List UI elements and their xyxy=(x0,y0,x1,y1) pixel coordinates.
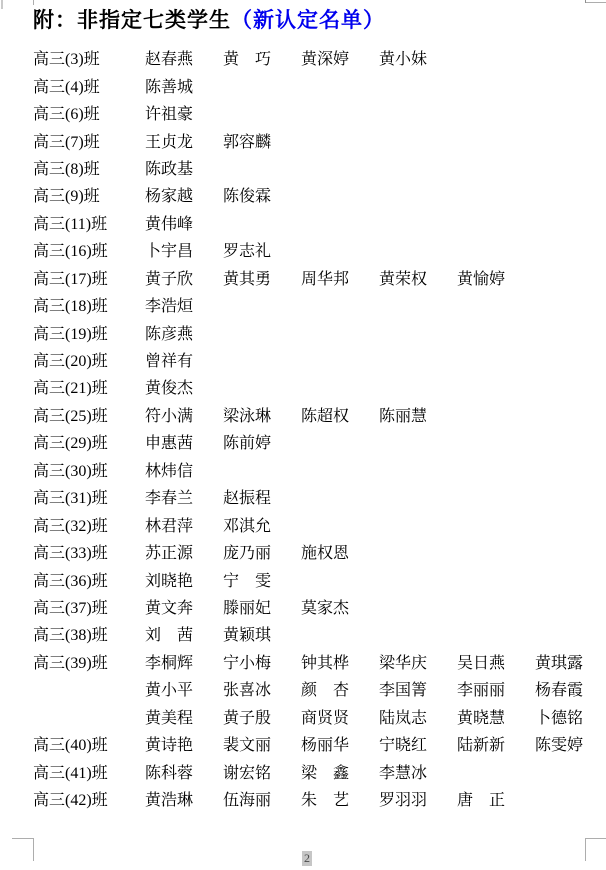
student-name: 刘 茜 xyxy=(145,622,223,645)
roster-row: 高三(37)班黄文奔滕丽妃莫家杰 xyxy=(33,593,606,620)
class-label: 高三(21)班 xyxy=(33,375,145,398)
roster-row: 黄小平张喜冰颜 杏李国箐李丽丽杨春霞 xyxy=(33,675,606,702)
student-name: 林炜信 xyxy=(145,458,223,481)
roster-row: 高三(33)班苏正源庞乃丽施权恩 xyxy=(33,538,606,565)
title-highlight: （新认定名单） xyxy=(231,8,385,32)
class-label: 高三(18)班 xyxy=(33,293,145,316)
student-name: 苏正源 xyxy=(145,540,223,563)
text-boundary-tick-top-right xyxy=(585,0,586,3)
student-name: 朱 艺 xyxy=(301,787,379,810)
student-name: 裴文丽 xyxy=(223,732,301,755)
student-name: 杨家越 xyxy=(145,183,223,206)
roster-row: 高三(39)班李桐辉宁小梅钟其桦梁华庆吴日燕黄琪露 xyxy=(33,648,606,675)
student-name: 申惠茜 xyxy=(145,430,223,453)
roster-row: 高三(9)班杨家越陈俊霖 xyxy=(33,181,606,208)
student-name: 黄小平 xyxy=(145,677,223,700)
student-name: 施权恩 xyxy=(301,540,379,563)
student-name: 李国箐 xyxy=(379,677,457,700)
student-name: 黄小妹 xyxy=(379,46,457,69)
text-boundary-mark-bottom-right xyxy=(585,838,606,861)
page-number-field: 2 xyxy=(302,851,312,866)
student-name: 罗羽羽 xyxy=(379,787,457,810)
student-name: 罗志礼 xyxy=(223,238,301,261)
student-name: 伍海丽 xyxy=(223,787,301,810)
student-name: 李丽丽 xyxy=(457,677,535,700)
text-boundary-mark-top-left xyxy=(33,0,34,5)
roster-row: 高三(30)班林炜信 xyxy=(33,456,606,483)
student-name: 杨春霞 xyxy=(535,677,606,700)
class-label: 高三(20)班 xyxy=(33,348,145,371)
student-name: 黄琪露 xyxy=(535,650,606,673)
page-title: 附：非指定七类学生（新认定名单） xyxy=(33,4,385,34)
class-label: 高三(38)班 xyxy=(33,622,145,645)
student-name: 商贤贤 xyxy=(301,705,379,728)
roster-row: 黄美程黄子殷商贤贤陆岚志黄晓慧卜德铭 xyxy=(33,703,606,730)
roster-row: 高三(21)班黄俊杰 xyxy=(33,373,606,400)
page-title-prefix: 附：非指定七类学生 xyxy=(33,8,231,32)
student-name: 杨丽华 xyxy=(301,732,379,755)
class-label: 高三(19)班 xyxy=(33,321,145,344)
student-name: 黄诗艳 xyxy=(145,732,223,755)
student-name: 李慧冰 xyxy=(379,760,457,783)
student-name: 卜宇昌 xyxy=(145,238,223,261)
student-name: 许祖豪 xyxy=(145,101,223,124)
student-name: 赵春燕 xyxy=(145,46,223,69)
student-name: 黄 巧 xyxy=(223,46,301,69)
text-boundary-mark-bottom-left xyxy=(12,838,34,861)
student-name: 宁小梅 xyxy=(223,650,301,673)
student-name: 陈彦燕 xyxy=(145,321,223,344)
roster-row: 高三(38)班刘 茜黄颖琪 xyxy=(33,620,606,647)
student-name: 莫家杰 xyxy=(301,595,379,618)
class-label: 高三(17)班 xyxy=(33,266,145,289)
roster-row: 高三(32)班林君萍邓淇允 xyxy=(33,510,606,537)
class-label: 高三(32)班 xyxy=(33,513,145,536)
roster-row: 高三(20)班曾祥有 xyxy=(33,346,606,373)
page-edge-mark-top-left xyxy=(1,0,3,9)
student-name: 邓淇允 xyxy=(223,513,301,536)
class-label: 高三(31)班 xyxy=(33,485,145,508)
student-name: 卜德铭 xyxy=(535,705,606,728)
class-label: 高三(40)班 xyxy=(33,732,145,755)
student-name: 吴日燕 xyxy=(457,650,535,673)
student-name: 曾祥有 xyxy=(145,348,223,371)
class-label: 高三(36)班 xyxy=(33,568,145,591)
roster-row: 高三(40)班黄诗艳裴文丽杨丽华宁晓红陆新新陈雯婷 xyxy=(33,730,606,757)
student-name: 周华邦 xyxy=(301,266,379,289)
class-label: 高三(33)班 xyxy=(33,540,145,563)
student-name: 宁晓红 xyxy=(379,732,457,755)
student-name: 梁 鑫 xyxy=(301,760,379,783)
student-name: 黄晓慧 xyxy=(457,705,535,728)
roster-row: 高三(17)班黄子欣黄其勇周华邦黄荣权黄愉婷 xyxy=(33,264,606,291)
student-name: 宁 雯 xyxy=(223,568,301,591)
student-name: 陈俊霖 xyxy=(223,183,301,206)
student-name: 唐 正 xyxy=(457,787,535,810)
student-name: 谢宏铭 xyxy=(223,760,301,783)
student-name: 陈科蓉 xyxy=(145,760,223,783)
class-label: 高三(25)班 xyxy=(33,403,145,426)
document-page: 附：非指定七类学生（新认定名单） 高三(3)班赵春燕黄 巧黄深婷黄小妹高三(4)… xyxy=(0,0,606,870)
student-name: 陈政基 xyxy=(145,156,223,179)
roster-row: 高三(31)班李春兰赵振程 xyxy=(33,483,606,510)
student-name: 梁华庆 xyxy=(379,650,457,673)
student-name: 黄浩琳 xyxy=(145,787,223,810)
student-name: 黄子欣 xyxy=(145,266,223,289)
student-name: 钟其桦 xyxy=(301,650,379,673)
class-label: 高三(39)班 xyxy=(33,650,145,673)
student-name: 陆岚志 xyxy=(379,705,457,728)
text-boundary-mark-top-right xyxy=(585,2,606,3)
roster-row: 高三(4)班陈善城 xyxy=(33,71,606,98)
student-name: 黄美程 xyxy=(145,705,223,728)
student-name: 陈超权 xyxy=(301,403,379,426)
student-name: 刘晓艳 xyxy=(145,568,223,591)
roster-row: 高三(18)班李浩烜 xyxy=(33,291,606,318)
roster-row: 高三(3)班赵春燕黄 巧黄深婷黄小妹 xyxy=(33,44,606,71)
class-label: 高三(8)班 xyxy=(33,156,145,179)
class-label: 高三(41)班 xyxy=(33,760,145,783)
student-name: 黄荣权 xyxy=(379,266,457,289)
class-label: 高三(6)班 xyxy=(33,101,145,124)
student-name: 陈前婷 xyxy=(223,430,301,453)
student-name: 林君萍 xyxy=(145,513,223,536)
student-name: 李春兰 xyxy=(145,485,223,508)
roster-row: 高三(16)班卜宇昌罗志礼 xyxy=(33,236,606,263)
class-label: 高三(3)班 xyxy=(33,46,145,69)
class-label: 高三(42)班 xyxy=(33,787,145,810)
roster-row: 高三(19)班陈彦燕 xyxy=(33,318,606,345)
roster-row: 高三(8)班陈政基 xyxy=(33,154,606,181)
roster-row: 高三(25)班符小满梁泳琳陈超权陈丽慧 xyxy=(33,401,606,428)
student-name: 符小满 xyxy=(145,403,223,426)
class-label: 高三(37)班 xyxy=(33,595,145,618)
student-name: 黄颖琪 xyxy=(223,622,301,645)
student-name: 陈善城 xyxy=(145,74,223,97)
student-name: 黄文奔 xyxy=(145,595,223,618)
student-name: 黄其勇 xyxy=(223,266,301,289)
student-name: 张喜冰 xyxy=(223,677,301,700)
student-name: 黄伟峰 xyxy=(145,211,223,234)
student-name: 赵振程 xyxy=(223,485,301,508)
class-label: 高三(16)班 xyxy=(33,238,145,261)
roster-row: 高三(41)班陈科蓉谢宏铭梁 鑫李慧冰 xyxy=(33,757,606,784)
student-name: 黄子殷 xyxy=(223,705,301,728)
class-label: 高三(4)班 xyxy=(33,74,145,97)
student-name: 庞乃丽 xyxy=(223,540,301,563)
roster-row: 高三(6)班许祖豪 xyxy=(33,99,606,126)
roster-row: 高三(7)班王贞龙郭容麟 xyxy=(33,126,606,153)
student-name: 陈雯婷 xyxy=(535,732,606,755)
student-name: 梁泳琳 xyxy=(223,403,301,426)
student-name: 李桐辉 xyxy=(145,650,223,673)
class-label: 高三(29)班 xyxy=(33,430,145,453)
student-name: 颜 杏 xyxy=(301,677,379,700)
class-label: 高三(11)班 xyxy=(33,211,145,234)
student-name: 黄俊杰 xyxy=(145,375,223,398)
roster-row: 高三(29)班申惠茜陈前婷 xyxy=(33,428,606,455)
class-label: 高三(30)班 xyxy=(33,458,145,481)
roster-row: 高三(42)班黄浩琳伍海丽朱 艺罗羽羽唐 正 xyxy=(33,785,606,812)
student-name: 王贞龙 xyxy=(145,129,223,152)
class-label: 高三(7)班 xyxy=(33,129,145,152)
class-label: 高三(9)班 xyxy=(33,183,145,206)
student-name: 陈丽慧 xyxy=(379,403,457,426)
student-name: 滕丽妃 xyxy=(223,595,301,618)
roster-row: 高三(36)班刘晓艳宁 雯 xyxy=(33,565,606,592)
student-name: 黄愉婷 xyxy=(457,266,535,289)
student-name: 李浩烜 xyxy=(145,293,223,316)
student-name: 郭容麟 xyxy=(223,129,301,152)
roster: 高三(3)班赵春燕黄 巧黄深婷黄小妹高三(4)班陈善城高三(6)班许祖豪高三(7… xyxy=(33,44,606,812)
student-name: 黄深婷 xyxy=(301,46,379,69)
roster-row: 高三(11)班黄伟峰 xyxy=(33,209,606,236)
student-name: 陆新新 xyxy=(457,732,535,755)
